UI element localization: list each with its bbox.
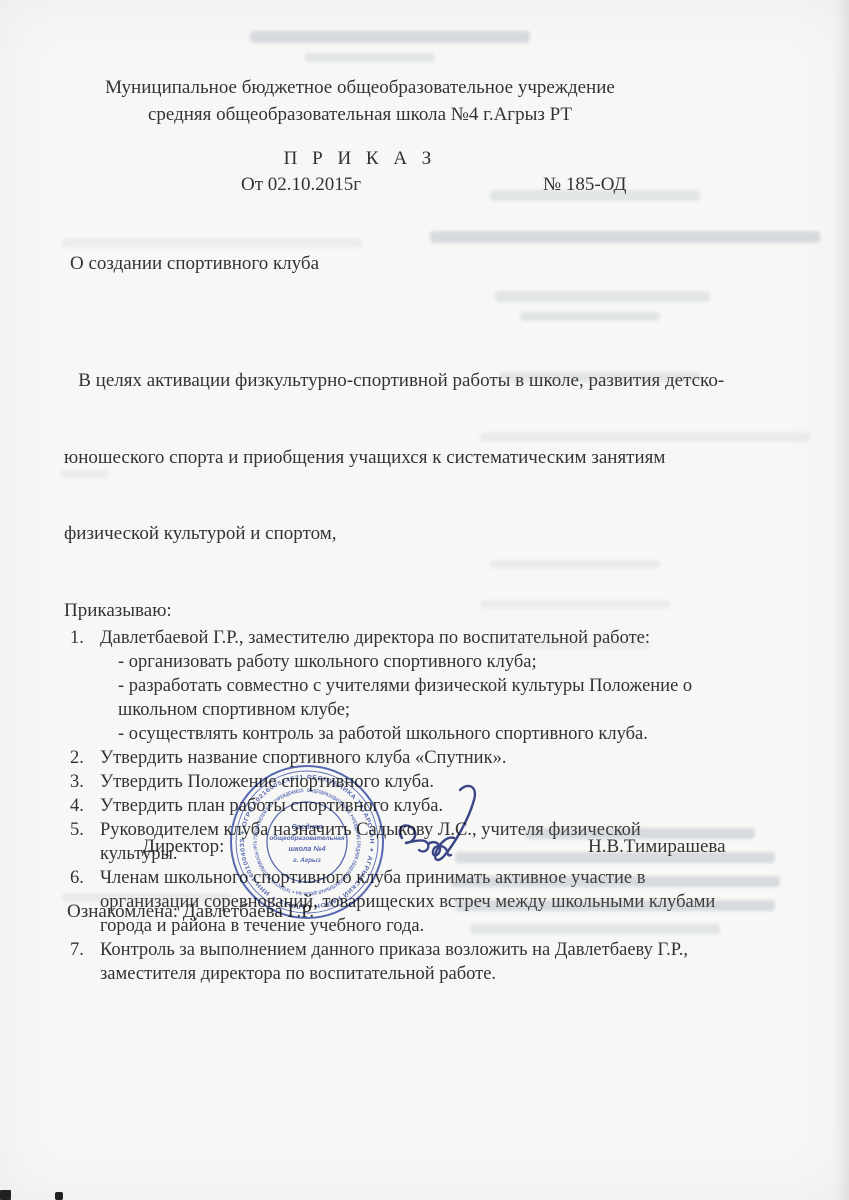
item-number: 1. xyxy=(70,626,100,650)
order-item: 1. Давлетбаевой Г.Р., заместителю директ… xyxy=(70,626,849,650)
preamble: В целях активации физкультурно-спортивно… xyxy=(64,317,809,598)
order-subitem: - разработать совместно с учителями физи… xyxy=(118,674,718,722)
document-title: П Р И К А З xyxy=(0,145,720,172)
bleedthrough-artifact xyxy=(430,231,820,243)
preamble-line: физической культурой и спортом, xyxy=(64,521,809,547)
document-date: От 02.10.2015г xyxy=(241,174,361,196)
director-name: Н.В.Тимирашева xyxy=(588,836,726,858)
order-item: 7. Контроль за выполнением данного прика… xyxy=(70,938,849,986)
stamp-outer-ring-text: РЕСПУБЛИКА ТАТАРСТАН ✦ АГРЫЗСКИЙ РАЙОН г… xyxy=(239,774,375,910)
preamble-line: В целях активации физкультурно-спортивно… xyxy=(64,368,809,394)
bleedthrough-artifact xyxy=(495,291,710,302)
document-number: № 185-ОД xyxy=(543,174,626,196)
scan-artifact-mark xyxy=(0,1190,11,1200)
bleedthrough-artifact xyxy=(62,238,362,248)
item-text: Давлетбаевой Г.Р., заместителю директора… xyxy=(100,626,650,650)
scan-artifact-mark xyxy=(55,1192,63,1200)
item-number: 7. xyxy=(70,938,100,986)
document-subject: О создании спортивного клуба xyxy=(70,253,849,275)
svg-text:РЕСПУБЛИКА ТАТАРСТАН ✦ АГРЫЗСК: РЕСПУБЛИКА ТАТАРСТАН ✦ АГРЫЗСКИЙ РАЙОН г… xyxy=(239,774,375,910)
organization-name-line1: Муниципальное бюджетное общеобразователь… xyxy=(0,74,720,101)
school-round-stamp-icon: РЕСПУБЛИКА ТАТАРСТАН ✦ АГРЫЗСКИЙ РАЙОН г… xyxy=(222,757,392,927)
preamble-line: юношеского спорта и приобщения учащихся … xyxy=(64,445,809,471)
director-label: Директор: xyxy=(142,836,224,858)
document-header: Муниципальное бюджетное общеобразователь… xyxy=(0,0,720,172)
item-number: 5. xyxy=(70,818,100,866)
order-subitem: - осуществлять контроль за работой школь… xyxy=(118,722,718,746)
item-number: 2. xyxy=(70,746,100,770)
item-number: 4. xyxy=(70,794,100,818)
stamp-center-line1: Средняя xyxy=(292,822,324,831)
stamp-center-line4: г. Агрыз xyxy=(293,857,321,864)
date-number-row: От 02.10.2015г № 185-ОД xyxy=(0,172,849,199)
stamp-center-line2: общеобразовательная xyxy=(269,834,344,842)
order-subitem: - организовать работу школьного спортивн… xyxy=(118,650,718,674)
scanned-document-page: Муниципальное бюджетное общеобразователь… xyxy=(0,0,849,1200)
stamp-center-line3: школа №4 xyxy=(288,844,325,853)
director-signature-icon xyxy=(388,780,483,880)
item-text: Контроль за выполнением данного приказа … xyxy=(100,938,717,986)
order-item: 2. Утвердить название спортивного клуба … xyxy=(70,746,849,770)
organization-name-line2: средняя общеобразовательная школа №4 г.А… xyxy=(0,101,720,128)
item-number: 3. xyxy=(70,770,100,794)
order-intro: Приказываю: xyxy=(64,598,849,624)
